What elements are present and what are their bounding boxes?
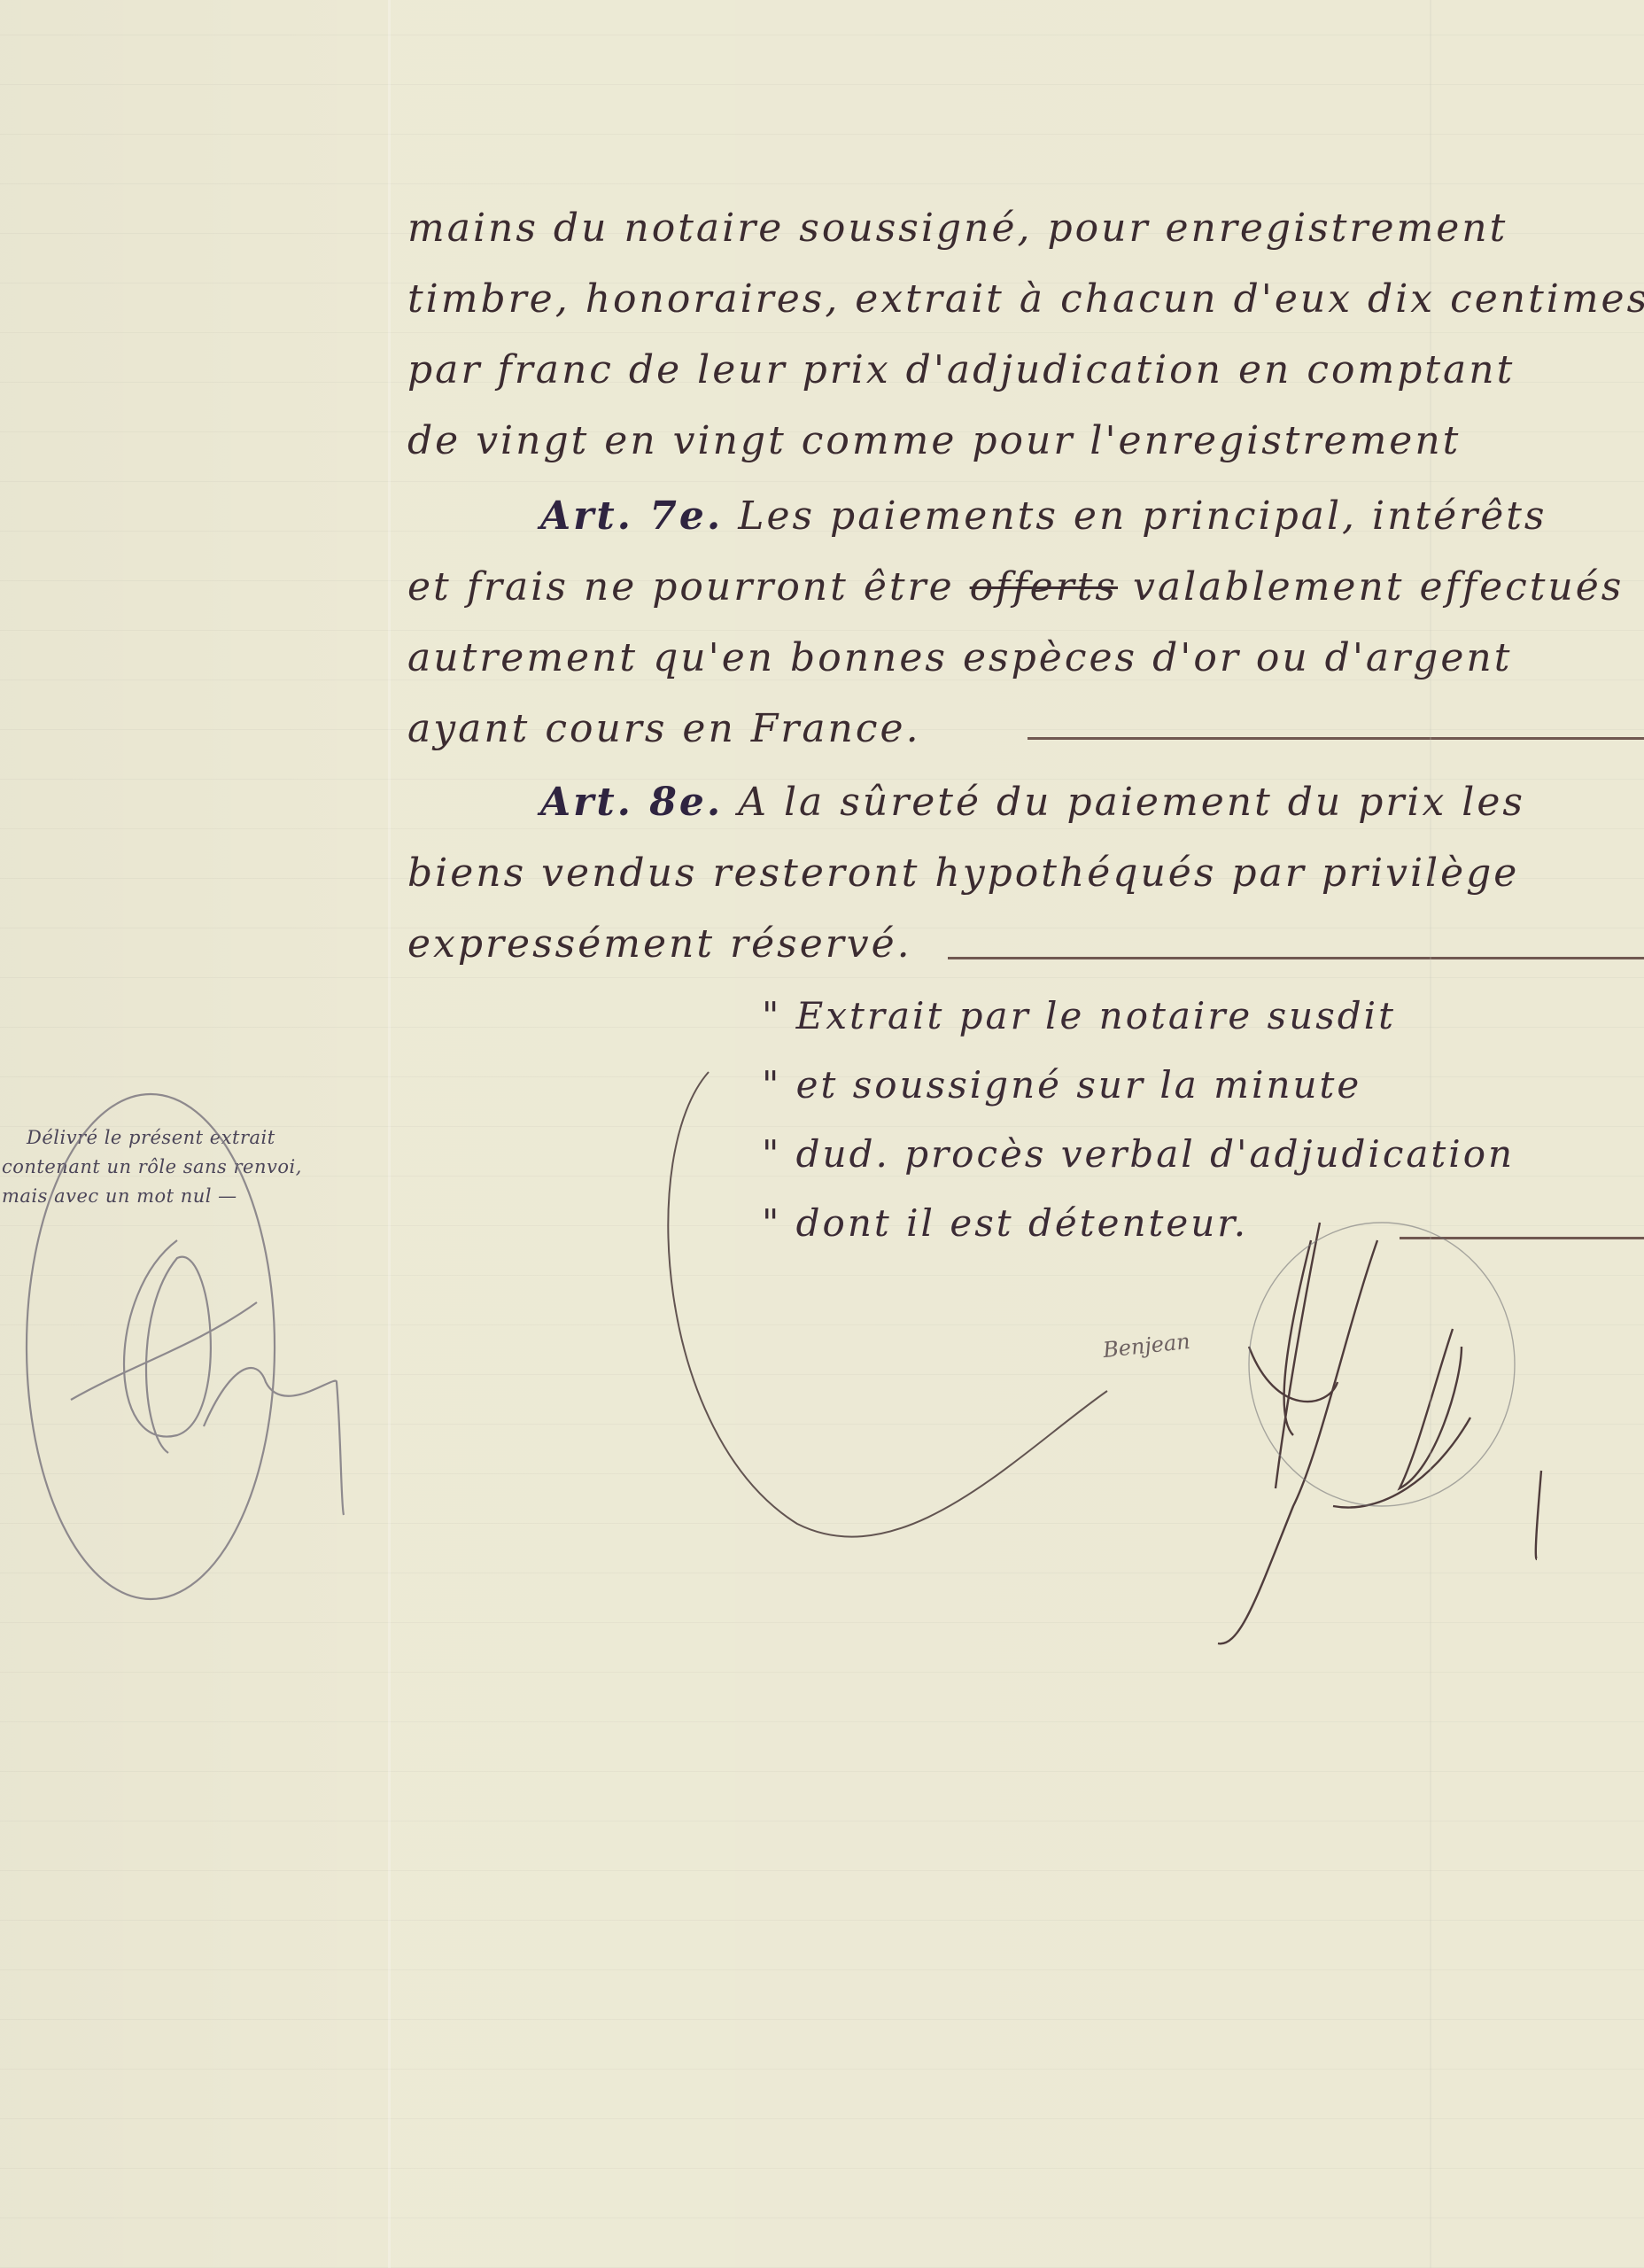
notary-flourish-icon [668,1072,1107,1537]
margin-paraph-icon [27,1094,344,1599]
signature-strokes [0,0,1644,2268]
notary-signature-icon [1218,1223,1541,1643]
